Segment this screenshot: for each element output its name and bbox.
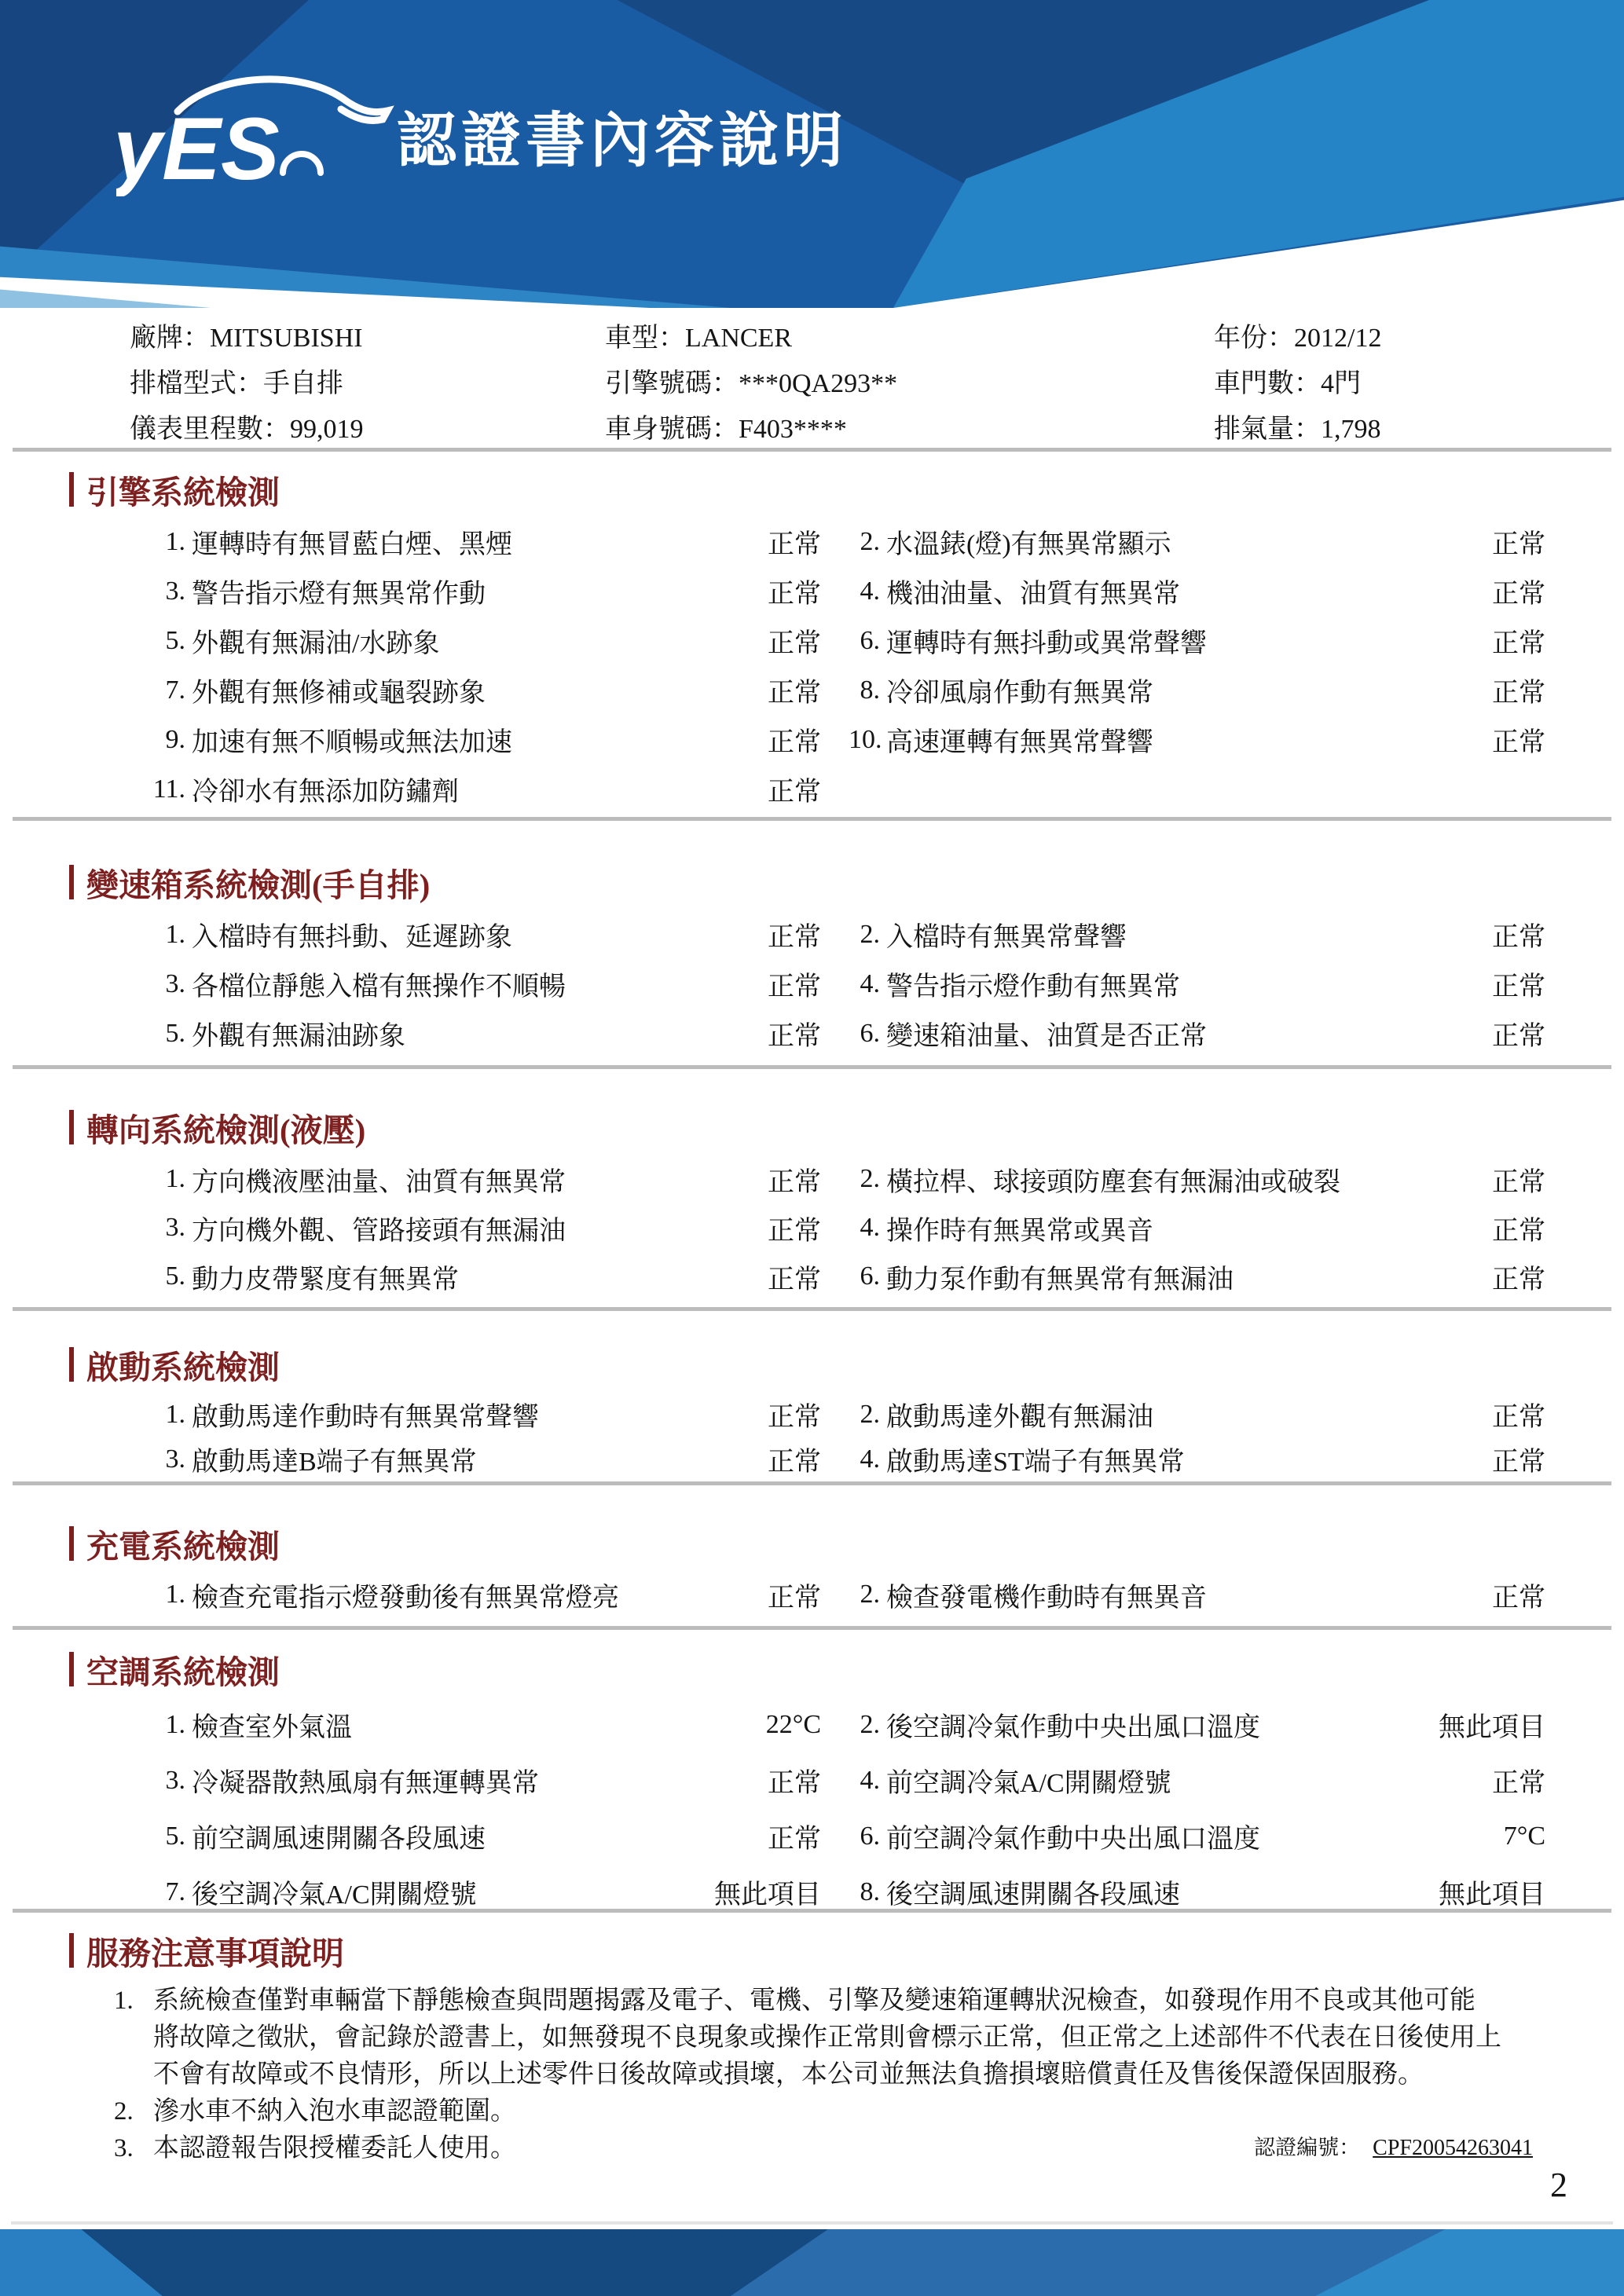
item-result: 無此項目 (1438, 1864, 1545, 1920)
item-result: 正常 (1438, 1752, 1545, 1808)
item-label: 2.入檔時有無異常聲響 (821, 910, 1438, 959)
item-label: 6.運轉時有無抖動或異常聲響 (821, 616, 1438, 665)
section-divider (13, 1307, 1611, 1311)
vehicle-field: 車身號碼：F403**** (605, 407, 1214, 452)
item-label: 1.入檔時有無抖動、延遲跡象 (79, 910, 703, 959)
item-result: 正常 (703, 1155, 821, 1203)
vehicle-field: 排檔型式：手自排 (130, 361, 605, 407)
section-divider (13, 1626, 1611, 1630)
item-label: 1.檢查室外氣溫 (79, 1697, 703, 1752)
checklist: 1.啟動馬達作動時有無異常聲響正常 2.啟動馬達外觀有無漏油正常 3.啟動馬達B… (0, 1392, 1624, 1481)
item-label: 7.外觀有無修補或龜裂跡象 (79, 665, 703, 715)
item-label: 2.橫拉桿、球接頭防塵套有無漏油或破裂 (821, 1155, 1438, 1203)
checklist: 1.檢查室外氣溫22°C 2.後空調冷氣作動中央出風口溫度無此項目 3.冷凝器散… (0, 1697, 1624, 1920)
section-starter: 啟動系統檢測 1.啟動馬達作動時有無異常聲響正常 2.啟動馬達外觀有無漏油正常 … (0, 1345, 1624, 1481)
item-result: 正常 (1438, 517, 1545, 566)
section-divider (13, 1065, 1611, 1069)
item-label: 2.水溫錶(燈)有無異常顯示 (821, 517, 1438, 566)
item-result: 正常 (1438, 910, 1545, 959)
section-title-text: 空調系統檢測 (86, 1646, 280, 1693)
page-footer (0, 2229, 1624, 2296)
note-item: 1. 系統檢查僅對車輛當下靜態檢查與問題揭露及電子、電機、引擎及變速箱運轉狀況檢… (0, 1983, 1624, 2093)
item-result: 正常 (1438, 665, 1545, 715)
item-label: 8.冷卻風扇作動有無異常 (821, 665, 1438, 715)
item-result: 正常 (1438, 715, 1545, 764)
item-result: 正常 (703, 1203, 821, 1252)
section-title-bar (69, 865, 74, 899)
section-title: 變速箱系統檢測(手自排) (69, 862, 1624, 902)
section-transmission: 變速箱系統檢測(手自排) 1.入檔時有無抖動、延遲跡象正常 2.入檔時有無異常聲… (0, 862, 1624, 1058)
vehicle-field: 儀表里程數：99,019 (130, 407, 605, 452)
item-result: 正常 (703, 517, 821, 566)
vehicle-field: 排氣量：1,798 (1214, 407, 1624, 452)
item-result: 正常 (1438, 959, 1545, 1009)
item-label: 2.後空調冷氣作動中央出風口溫度 (821, 1697, 1438, 1752)
footer-separator-line (11, 2221, 1613, 2225)
field-label: 排氣量： (1214, 415, 1321, 444)
item-label: 1.運轉時有無冒藍白煙、黑煙 (79, 517, 703, 566)
item-result: 正常 (703, 1009, 821, 1058)
section-title: 啟動系統檢測 (69, 1345, 1624, 1384)
note-text: 滲水車不納入泡水車認證範圍。 (153, 2093, 1545, 2130)
certificate-label: 認證編號： (1254, 2136, 1360, 2159)
item-label: 5.動力皮帶緊度有無異常 (79, 1252, 703, 1301)
section-title-text: 啟動系統檢測 (86, 1342, 280, 1388)
field-value: F403**** (739, 415, 847, 444)
item-label: 6.動力泵作動有無異常有無漏油 (821, 1252, 1438, 1301)
item-result: 22°C (703, 1697, 821, 1752)
note-number: 1. (114, 1983, 153, 2093)
field-value: 手自排 (263, 369, 343, 398)
item-label: 8.後空調風速開關各段風速 (821, 1864, 1438, 1920)
field-value: 2012/12 (1294, 324, 1381, 353)
section-title-text: 充電系統檢測 (86, 1521, 280, 1567)
section-title: 引擎系統檢測 (69, 470, 1624, 509)
item-result: 正常 (1438, 1571, 1545, 1618)
page-header: yES 認證書內容說明 (0, 0, 1624, 308)
item-result: 正常 (703, 764, 821, 814)
checklist: 1.方向機液壓油量、油質有無異常正常 2.橫拉桿、球接頭防塵套有無漏油或破裂正常… (0, 1155, 1624, 1301)
section-steering: 轉向系統檢測(液壓) 1.方向機液壓油量、油質有無異常正常 2.橫拉桿、球接頭防… (0, 1108, 1624, 1301)
item-result: 正常 (703, 959, 821, 1009)
item-result: 正常 (703, 715, 821, 764)
item-result: 正常 (1438, 1437, 1545, 1481)
section-divider (13, 817, 1611, 821)
field-value: LANCER (685, 324, 792, 353)
field-label: 車門數： (1214, 369, 1321, 398)
item-result: 正常 (1438, 1203, 1545, 1252)
field-label: 車型： (605, 324, 685, 353)
item-label: 10.高速運轉有無異常聲響 (821, 715, 1438, 764)
item-result: 無此項目 (1438, 1697, 1545, 1752)
page-title: 認證書內容說明 (397, 93, 848, 178)
item-label: 3.冷凝器散熱風扇有無運轉異常 (79, 1752, 703, 1808)
field-label: 儀表里程數： (130, 415, 290, 444)
field-value: 99,019 (290, 415, 364, 444)
section-charging: 充電系統檢測 1.檢查充電指示燈發動後有無異常燈亮正常 2.檢查發電機作動時有無… (0, 1524, 1624, 1618)
section-title-text: 變速箱系統檢測(手自排) (86, 859, 430, 906)
section-title: 轉向系統檢測(液壓) (69, 1108, 1624, 1147)
item-label: 5.前空調風速開關各段風速 (79, 1808, 703, 1864)
item-label: 4.前空調冷氣A/C開關燈號 (821, 1752, 1438, 1808)
field-value: 4門 (1321, 369, 1361, 398)
item-label: 1.方向機液壓油量、油質有無異常 (79, 1155, 703, 1203)
item-label: 3.警告指示燈有無異常作動 (79, 566, 703, 616)
item-result: 正常 (1438, 616, 1545, 665)
item-label: 2.檢查發電機作動時有無異音 (821, 1571, 1438, 1618)
vehicle-field: 廠牌：MITSUBISHI (130, 316, 605, 361)
item-label: 5.外觀有無漏油/水跡象 (79, 616, 703, 665)
item-label: 9.加速有無不順暢或無法加速 (79, 715, 703, 764)
checklist: 1.運轉時有無冒藍白煙、黑煙正常 2.水溫錶(燈)有無異常顯示正常 3.警告指示… (0, 517, 1624, 814)
item-label: 7.後空調冷氣A/C開關燈號 (79, 1864, 703, 1920)
note-item: 2. 滲水車不納入泡水車認證範圍。 (0, 2093, 1624, 2130)
field-label: 年份： (1214, 324, 1294, 353)
section-title-text: 服務注意事項說明 (86, 1928, 344, 1974)
item-result: 正常 (1438, 1392, 1545, 1437)
item-label: 4.機油油量、油質有無異常 (821, 566, 1438, 616)
item-result: 7°C (1438, 1808, 1545, 1864)
item-result: 正常 (703, 665, 821, 715)
item-result: 正常 (703, 910, 821, 959)
item-label: 3.啟動馬達B端子有無異常 (79, 1437, 703, 1481)
vehicle-info-column: 年份：2012/12 車門數：4門 排氣量：1,798 (1214, 316, 1624, 452)
page-number: 2 (1550, 2165, 1567, 2205)
vehicle-field: 引擎號碼：***0QA293** (605, 361, 1214, 407)
section-divider (13, 448, 1611, 452)
item-result: 正常 (703, 1392, 821, 1437)
section-title: 充電系統檢測 (69, 1524, 1624, 1563)
item-result: 正常 (703, 1571, 821, 1618)
section-title-text: 引擎系統檢測 (86, 467, 280, 513)
item-result: 無此項目 (703, 1864, 821, 1920)
note-line: 系統檢查僅對車輛當下靜態檢查與問題揭露及電子、電機、引擎及變速箱運轉狀況檢查，如… (153, 1983, 1545, 2020)
note-text: 系統檢查僅對車輛當下靜態檢查與問題揭露及電子、電機、引擎及變速箱運轉狀況檢查，如… (153, 1983, 1545, 2093)
item-label: 11.冷卻水有無添加防鏽劑 (79, 764, 703, 814)
item-label: 6.前空調冷氣作動中央出風口溫度 (821, 1808, 1438, 1864)
item-result: 正常 (1438, 1009, 1545, 1058)
vehicle-field: 年份：2012/12 (1214, 316, 1624, 361)
field-label: 引擎號碼： (605, 369, 739, 398)
section-title: 空調系統檢測 (69, 1650, 1624, 1689)
yes-logo: yES (116, 63, 399, 196)
vehicle-field: 車門數：4門 (1214, 361, 1624, 407)
item-label: 5.外觀有無漏油跡象 (79, 1009, 703, 1058)
section-title-bar (69, 1526, 74, 1561)
item-label: 6.變速箱油量、油質是否正常 (821, 1009, 1438, 1058)
item-label: 1.檢查充電指示燈發動後有無異常燈亮 (79, 1571, 703, 1618)
item-result: 正常 (703, 1252, 821, 1301)
note-line: 滲水車不納入泡水車認證範圍。 (153, 2093, 1545, 2130)
item-result: 正常 (703, 616, 821, 665)
section-divider (13, 1481, 1611, 1485)
section-air-conditioning: 空調系統檢測 1.檢查室外氣溫22°C 2.後空調冷氣作動中央出風口溫度無此項目… (0, 1650, 1624, 1920)
item-result: 正常 (1438, 1155, 1545, 1203)
vehicle-field: 車型：LANCER (605, 316, 1214, 361)
section-title-bar (69, 1933, 74, 1968)
item-result: 正常 (703, 566, 821, 616)
item-result: 正常 (1438, 566, 1545, 616)
logo-text: yES (116, 100, 280, 196)
item-label: 4.操作時有無異常或異音 (821, 1203, 1438, 1252)
note-number: 2. (114, 2093, 153, 2130)
section-title-bar (69, 1347, 74, 1382)
field-value: MITSUBISHI (210, 324, 363, 353)
checklist: 1.入檔時有無抖動、延遲跡象正常 2.入檔時有無異常聲響正常 3.各檔位靜態入檔… (0, 910, 1624, 1058)
item-result: 正常 (703, 1437, 821, 1481)
note-number: 3. (114, 2130, 153, 2167)
field-value: ***0QA293** (739, 369, 897, 398)
field-label: 排檔型式： (130, 369, 263, 398)
section-title-bar (69, 472, 74, 507)
section-title-bar (69, 1110, 74, 1144)
item-result: 正常 (703, 1808, 821, 1864)
item-result: 正常 (1438, 1252, 1545, 1301)
field-value: 1,798 (1321, 415, 1381, 444)
vehicle-info: 廠牌：MITSUBISHI 排檔型式：手自排 儀表里程數：99,019 車型：L… (0, 316, 1624, 452)
item-result: 正常 (703, 1752, 821, 1808)
section-title: 服務注意事項說明 (69, 1931, 1624, 1970)
certificate-value: CPF20054263041 (1360, 2136, 1545, 2160)
section-engine: 引擎系統檢測 1.運轉時有無冒藍白煙、黑煙正常 2.水溫錶(燈)有無異常顯示正常… (0, 470, 1624, 814)
vehicle-info-column: 車型：LANCER 引擎號碼：***0QA293** 車身號碼：F403**** (605, 316, 1214, 452)
certificate-number: 認證編號：CPF20054263041 (1254, 2130, 1545, 2161)
section-title-text: 轉向系統檢測(液壓) (86, 1104, 365, 1151)
item-label: 2.啟動馬達外觀有無漏油 (821, 1392, 1438, 1437)
item-label: 3.各檔位靜態入檔有無操作不順暢 (79, 959, 703, 1009)
note-line: 將故障之徵狀，會記錄於證書上，如無發現不良現象或操作正常則會標示正常，但正常之上… (153, 2020, 1545, 2056)
item-label: 4.啟動馬達ST端子有無異常 (821, 1437, 1438, 1481)
section-title-bar (69, 1652, 74, 1686)
item-label: 4.警告指示燈作動有無異常 (821, 959, 1438, 1009)
note-line: 不會有故障或不良情形，所以上述零件日後故障或損壞，本公司並無法負擔損壞賠償責任及… (153, 2056, 1545, 2093)
field-label: 車身號碼： (605, 415, 739, 444)
field-label: 廠牌： (130, 324, 210, 353)
item-label: 3.方向機外觀、管路接頭有無漏油 (79, 1203, 703, 1252)
vehicle-info-column: 廠牌：MITSUBISHI 排檔型式：手自排 儀表里程數：99,019 (130, 316, 605, 452)
checklist: 1.檢查充電指示燈發動後有無異常燈亮正常 2.檢查發電機作動時有無異音正常 (0, 1571, 1624, 1618)
item-label: 1.啟動馬達作動時有無異常聲響 (79, 1392, 703, 1437)
